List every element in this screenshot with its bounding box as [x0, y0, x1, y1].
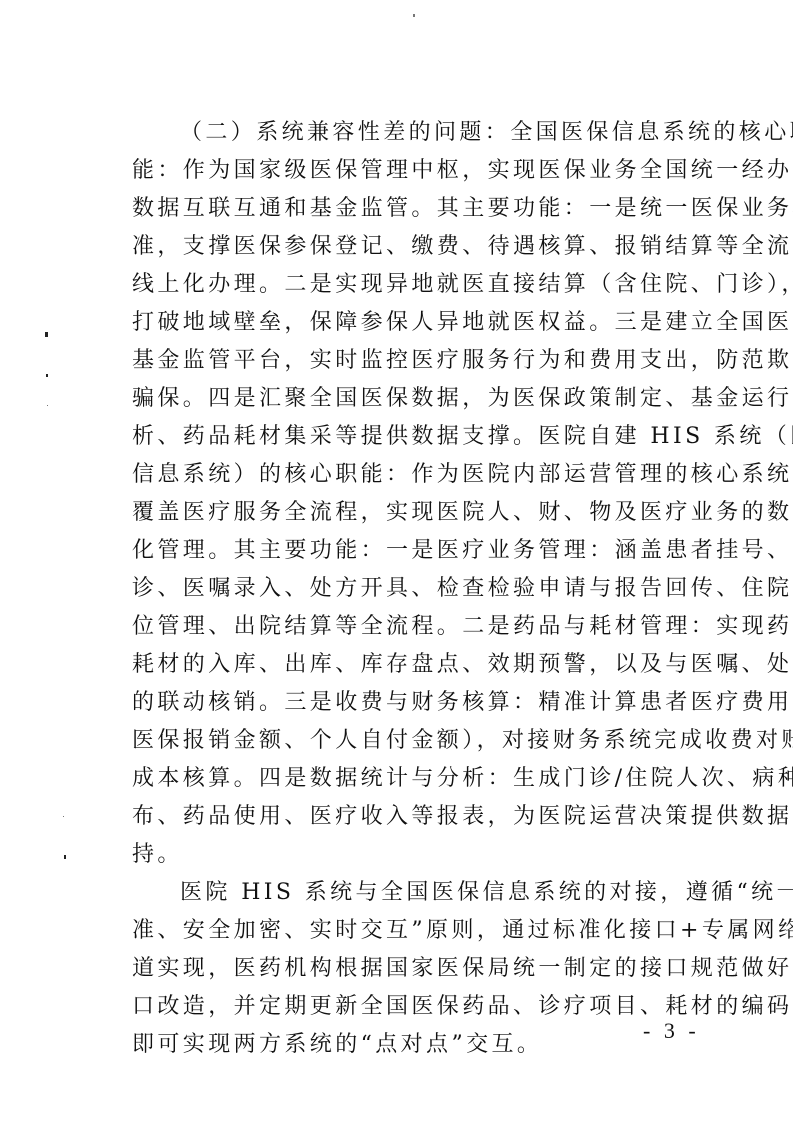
paragraph-1-line: （二）系统兼容性差的问题：全国医保信息系统的核心职	[132, 114, 688, 152]
document-page: （二）系统兼容性差的问题：全国医保信息系统的核心职 能：作为国家级医保管理中枢，…	[0, 0, 793, 1122]
paragraph-2-line: 即可实现两方系统的“点对点”交互。	[132, 1026, 688, 1064]
paragraph-2-line: 准、安全加密、实时交互”原则，通过标准化接口+专属网络通	[132, 912, 688, 950]
scan-speck	[47, 405, 48, 406]
paragraph-1-line: 布、药品使用、医疗收入等报表，为医院运营决策提供数据支	[132, 798, 688, 836]
scan-speck	[46, 374, 48, 377]
body-text: （二）系统兼容性差的问题：全国医保信息系统的核心职 能：作为国家级医保管理中枢，…	[132, 114, 688, 1064]
page-number: - 3 -	[643, 1018, 700, 1044]
scan-speck	[413, 14, 415, 17]
paragraph-2-line: 医院 HIS 系统与全国医保信息系统的对接，遵循“统一标	[132, 874, 688, 912]
paragraph-1-line: 析、药品耗材集采等提供数据支撑。医院自建 HIS 系统（医院	[132, 418, 688, 456]
paragraph-1-line: 医保报销金额、个人自付金额），对接财务系统完成收费对账、	[132, 722, 688, 760]
paragraph-1-line: 准，支撑医保参保登记、缴费、待遇核算、报销结算等全流程	[132, 228, 688, 266]
paragraph-1-line: 持。	[132, 836, 688, 874]
paragraph-1-line: 覆盖医疗服务全流程，实现医院人、财、物及医疗业务的数字	[132, 494, 688, 532]
scan-speck	[64, 855, 66, 859]
scan-speck	[63, 816, 64, 817]
paragraph-1-line: 成本核算。四是数据统计与分析：生成门诊/住院人次、病种分	[132, 760, 688, 798]
paragraph-2-line: 道实现，医药机构根据国家医保局统一制定的接口规范做好接	[132, 950, 688, 988]
scan-speck	[45, 332, 48, 337]
paragraph-2-line: 口改造，并定期更新全国医保药品、诊疗项目、耗材的编码，	[132, 988, 688, 1026]
paragraph-1-line: 线上化办理。二是实现异地就医直接结算（含住院、门诊），	[132, 266, 688, 304]
paragraph-1-line: 数据互联互通和基金监管。其主要功能：一是统一医保业务标	[132, 190, 688, 228]
paragraph-1-line: 骗保。四是汇聚全国医保数据，为医保政策制定、基金运行分	[132, 380, 688, 418]
paragraph-1-line: 打破地域壁垒，保障参保人异地就医权益。三是建立全国医保	[132, 304, 688, 342]
paragraph-1-line: 位管理、出院结算等全流程。二是药品与耗材管理：实现药品/	[132, 608, 688, 646]
paragraph-1-line: 信息系统）的核心职能：作为医院内部运营管理的核心系统，	[132, 456, 688, 494]
paragraph-1-line: 耗材的入库、出库、库存盘点、效期预警，以及与医嘱、处方	[132, 646, 688, 684]
paragraph-1-line: 诊、医嘱录入、处方开具、检查检验申请与报告回传、住院床	[132, 570, 688, 608]
paragraph-1-line: 的联动核销。三是收费与财务核算：精准计算患者医疗费用（含	[132, 684, 688, 722]
paragraph-1-line: 化管理。其主要功能：一是医疗业务管理：涵盖患者挂号、就	[132, 532, 688, 570]
paragraph-1-line: 能：作为国家级医保管理中枢，实现医保业务全国统一经办、	[132, 152, 688, 190]
paragraph-1-line: 基金监管平台，实时监控医疗服务行为和费用支出，防范欺诈	[132, 342, 688, 380]
